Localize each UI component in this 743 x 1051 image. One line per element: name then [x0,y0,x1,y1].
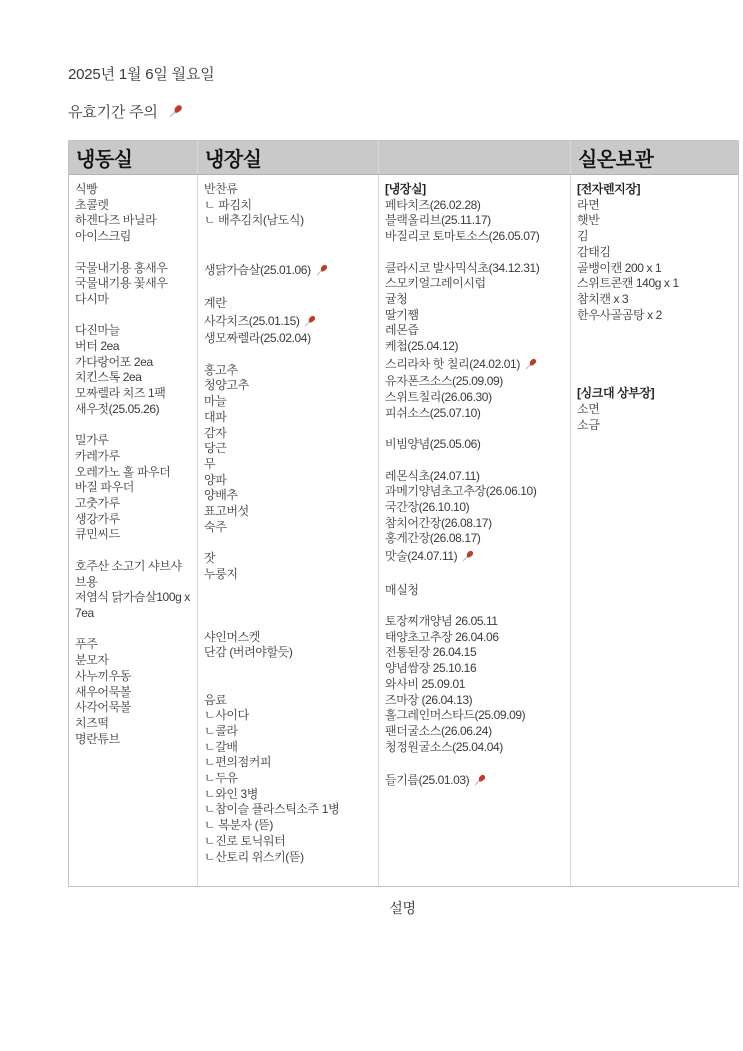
list-item: 사각어묵볼 [75,700,191,716]
fridge-dates-column: [냉장실]페타치즈(26.02.28)블랙올리브(25.11.17)바질리코 토… [379,175,571,886]
list-item: ㄴ사이다 [204,708,372,724]
list-item: 치킨스톡 2ea [75,370,191,386]
blank-line [204,229,372,245]
blank-line [204,245,372,261]
list-item: 비빔양념(25.05.06) [385,437,564,453]
header-room-temp: 실온보관 [571,141,738,174]
blank-line [385,245,564,261]
list-item: 큐민씨드 [75,527,191,543]
pushpin-icon [169,103,184,118]
list-item: 당근 [204,441,372,457]
blank-line [75,622,191,638]
blank-line [385,755,564,771]
list-item: 잣 [204,551,372,567]
list-item: 김 [577,229,732,245]
list-item: 반찬류 [204,182,372,198]
list-item: 초콜렛 [75,198,191,214]
pushpin-icon [462,549,475,562]
list-item: 생강가루 [75,512,191,528]
list-item: 클라시코 발사믹식초(34.12.31) [385,261,564,277]
list-item: 카레가루 [75,449,191,465]
blank-line [204,677,372,693]
list-item: 새우젓(25.05.26) [75,402,191,418]
list-item: 가다랑어포 2ea [75,355,191,371]
blank-line [75,418,191,434]
list-item: 누룽지 [204,567,372,583]
list-item: 한우사골곰탕 x 2 [577,308,732,324]
list-item: ㄴ산토리 위스키(뜯) [204,850,372,866]
list-item: 양념쌈장 25.10.16 [385,661,564,677]
header-fridge: 냉장실 [198,141,379,174]
list-item: ㄴ 배추김치(남도식) [204,213,372,229]
list-item: 딸기쨈 [385,308,564,324]
list-item: 햇반 [577,213,732,229]
list-item: [전자렌지장] [577,182,732,198]
list-item: 청양고추 [204,378,372,394]
list-item: 생닭가슴살(25.01.06) [204,261,372,281]
list-item: 피쉬소스(25.07.10) [385,406,564,422]
list-item: 감태김 [577,245,732,261]
list-item: 맛술(24.07.11) [385,547,564,567]
list-item: 호주산 소고기 샤브샤브용 [75,559,191,590]
list-item: 국물내기용 홍새우 [75,261,191,277]
table-body-row: 식빵초콜렛하겐다즈 바닐라아이스크림 국물내기용 홍새우국물내기용 꽃새우다시마… [69,175,738,886]
blank-line [75,308,191,324]
list-item: 바질리코 토마토소스(26.05.07) [385,229,564,245]
list-item: 오레가노 홀 파우더 [75,465,191,481]
list-item: 푸주 [75,637,191,653]
pushpin-icon [164,103,184,120]
list-item: 즈마장 (26.04.13) [385,693,564,709]
blank-line [204,280,372,296]
list-item: 홍고추 [204,363,372,379]
blank-line [75,245,191,261]
list-item: [냉장실] [385,182,564,198]
blank-line [204,598,372,614]
list-item: 사누끼우동 [75,669,191,685]
room-temp-column: [전자렌지장]라면햇반김감태김골뱅이캔 200 x 1스위트콘캔 140g x … [571,175,738,886]
pushpin-icon [304,314,317,327]
blank-line [577,339,732,355]
list-item: 샤인머스켓 [204,630,372,646]
list-item: 바질 파우더 [75,480,191,496]
list-item: 귤청 [385,292,564,308]
list-item: 소면 [577,402,732,418]
list-item: 분모자 [75,653,191,669]
list-item: 표고버섯 [204,504,372,520]
list-item: 고춧가루 [75,496,191,512]
list-item: 레몬식초(24.07.11) [385,469,564,485]
list-item: ㄴ와인 3병 [204,787,372,803]
list-item: ㄴ갈배 [204,740,372,756]
blank-line [204,347,372,363]
list-item: 과메기양념초고추장(26.06.10) [385,484,564,500]
pushpin-icon [316,263,329,276]
inventory-table: 냉동실 냉장실 실온보관 식빵초콜렛하겐다즈 바닐라아이스크림 국물내기용 홍새… [68,140,739,887]
pushpin-icon [474,773,487,786]
list-item: 매실청 [385,583,564,599]
list-item: 페타치즈(26.02.28) [385,198,564,214]
blank-line [385,567,564,583]
list-item: 하겐다즈 바닐라 [75,213,191,229]
blank-line [204,535,372,551]
list-item: 저염식 닭가슴살100g x 7ea [75,590,191,621]
list-item: 소금 [577,418,732,434]
list-item: 전통된장 26.04.15 [385,645,564,661]
blank-line [577,355,732,371]
expiry-notice-label: 유효기간 주의 [68,101,158,122]
list-item: 블랙올리브(25.11.17) [385,213,564,229]
footer-caption: 설명 [68,898,737,918]
list-item: ㄴ편의점커피 [204,755,372,771]
list-item: 들기름(25.01.03) [385,771,564,791]
list-item: 모짜렐라 치즈 1팩 [75,386,191,402]
blank-line [75,543,191,559]
list-item: 양배추 [204,488,372,504]
list-item: 케첩(25.04.12) [385,339,564,355]
list-item: 양파 [204,473,372,489]
list-item: 다시마 [75,292,191,308]
list-item: 마늘 [204,394,372,410]
list-item: 국간장(26.10.10) [385,500,564,516]
list-item: 스위트콘캔 140g x 1 [577,276,732,292]
header-freezer: 냉동실 [69,141,198,174]
list-item: 명란튜브 [75,732,191,748]
list-item: 스모키얼그레이시럽 [385,276,564,292]
document-page: 2025년 1월 6일 월요일 유효기간 주의 냉동실 냉장실 실온보관 식빵초… [0,0,743,1051]
blank-line [385,422,564,438]
list-item: ㄴ참이슬 플라스틱소주 1병 [204,802,372,818]
list-item: 국물내기용 꽃새우 [75,276,191,292]
list-item: 사각치즈(25.01.15) [204,312,372,332]
list-item: 참치어간장(26.08.17) [385,516,564,532]
blank-line [577,370,732,386]
table-header-row: 냉동실 냉장실 실온보관 [69,141,738,175]
list-item: 스위트칠리(26.06.30) [385,390,564,406]
list-item: 밀가루 [75,433,191,449]
list-item: 무 [204,457,372,473]
blank-line [204,661,372,677]
list-item: 팬더굴소스(26.06.24) [385,724,564,740]
list-item: ㄴ두유 [204,771,372,787]
list-item: 아이스크림 [75,229,191,245]
blank-line [577,323,732,339]
list-item: 치즈떡 [75,716,191,732]
list-item: 홍게간장(26.08.17) [385,531,564,547]
list-item: 유자폰즈소스(25.09.09) [385,374,564,390]
list-item: 감자 [204,426,372,442]
list-item: 골뱅이캔 200 x 1 [577,261,732,277]
list-item: 라면 [577,198,732,214]
list-item: 다진마늘 [75,323,191,339]
list-item: 계란 [204,296,372,312]
list-item: 와사비 25.09.01 [385,677,564,693]
list-item: 대파 [204,410,372,426]
list-item: ㄴ 파김치 [204,198,372,214]
list-item: 참치캔 x 3 [577,292,732,308]
list-item: ㄴ콜라 [204,724,372,740]
list-item: 숙주 [204,520,372,536]
list-item: 홀그레인머스타드(25.09.09) [385,708,564,724]
fridge-column: 반찬류ㄴ 파김치ㄴ 배추김치(남도식) 생닭가슴살(25.01.06) 계란사각… [198,175,379,886]
list-item: ㄴ진로 토닉워터 [204,834,372,850]
list-item: 식빵 [75,182,191,198]
list-item: 스리라차 핫 칠리(24.02.01) [385,355,564,375]
freezer-column: 식빵초콜렛하겐다즈 바닐라아이스크림 국물내기용 홍새우국물내기용 꽃새우다시마… [69,175,198,886]
list-item: 레몬즙 [385,323,564,339]
blank-line [204,614,372,630]
list-item: 새우어묵볼 [75,685,191,701]
list-item: 생모짜렐라(25.02.04) [204,331,372,347]
list-item: 청정원굴소스(25.04.04) [385,740,564,756]
blank-line [204,583,372,599]
list-item: [싱크대 상부장] [577,386,732,402]
list-item: 버터 2ea [75,339,191,355]
header-empty [379,141,571,174]
list-item: 음료 [204,693,372,709]
list-item: 토장찌개양념 26.05.11 [385,614,564,630]
expiry-notice: 유효기간 주의 [68,101,184,122]
list-item: 태양초고추장 26.04.06 [385,630,564,646]
list-item: 단감 (버려야할듯) [204,645,372,661]
date-heading: 2025년 1월 6일 월요일 [68,63,215,84]
list-item: ㄴ 복분자 (뜯) [204,818,372,834]
blank-line [385,598,564,614]
pushpin-icon [525,357,538,370]
blank-line [385,453,564,469]
